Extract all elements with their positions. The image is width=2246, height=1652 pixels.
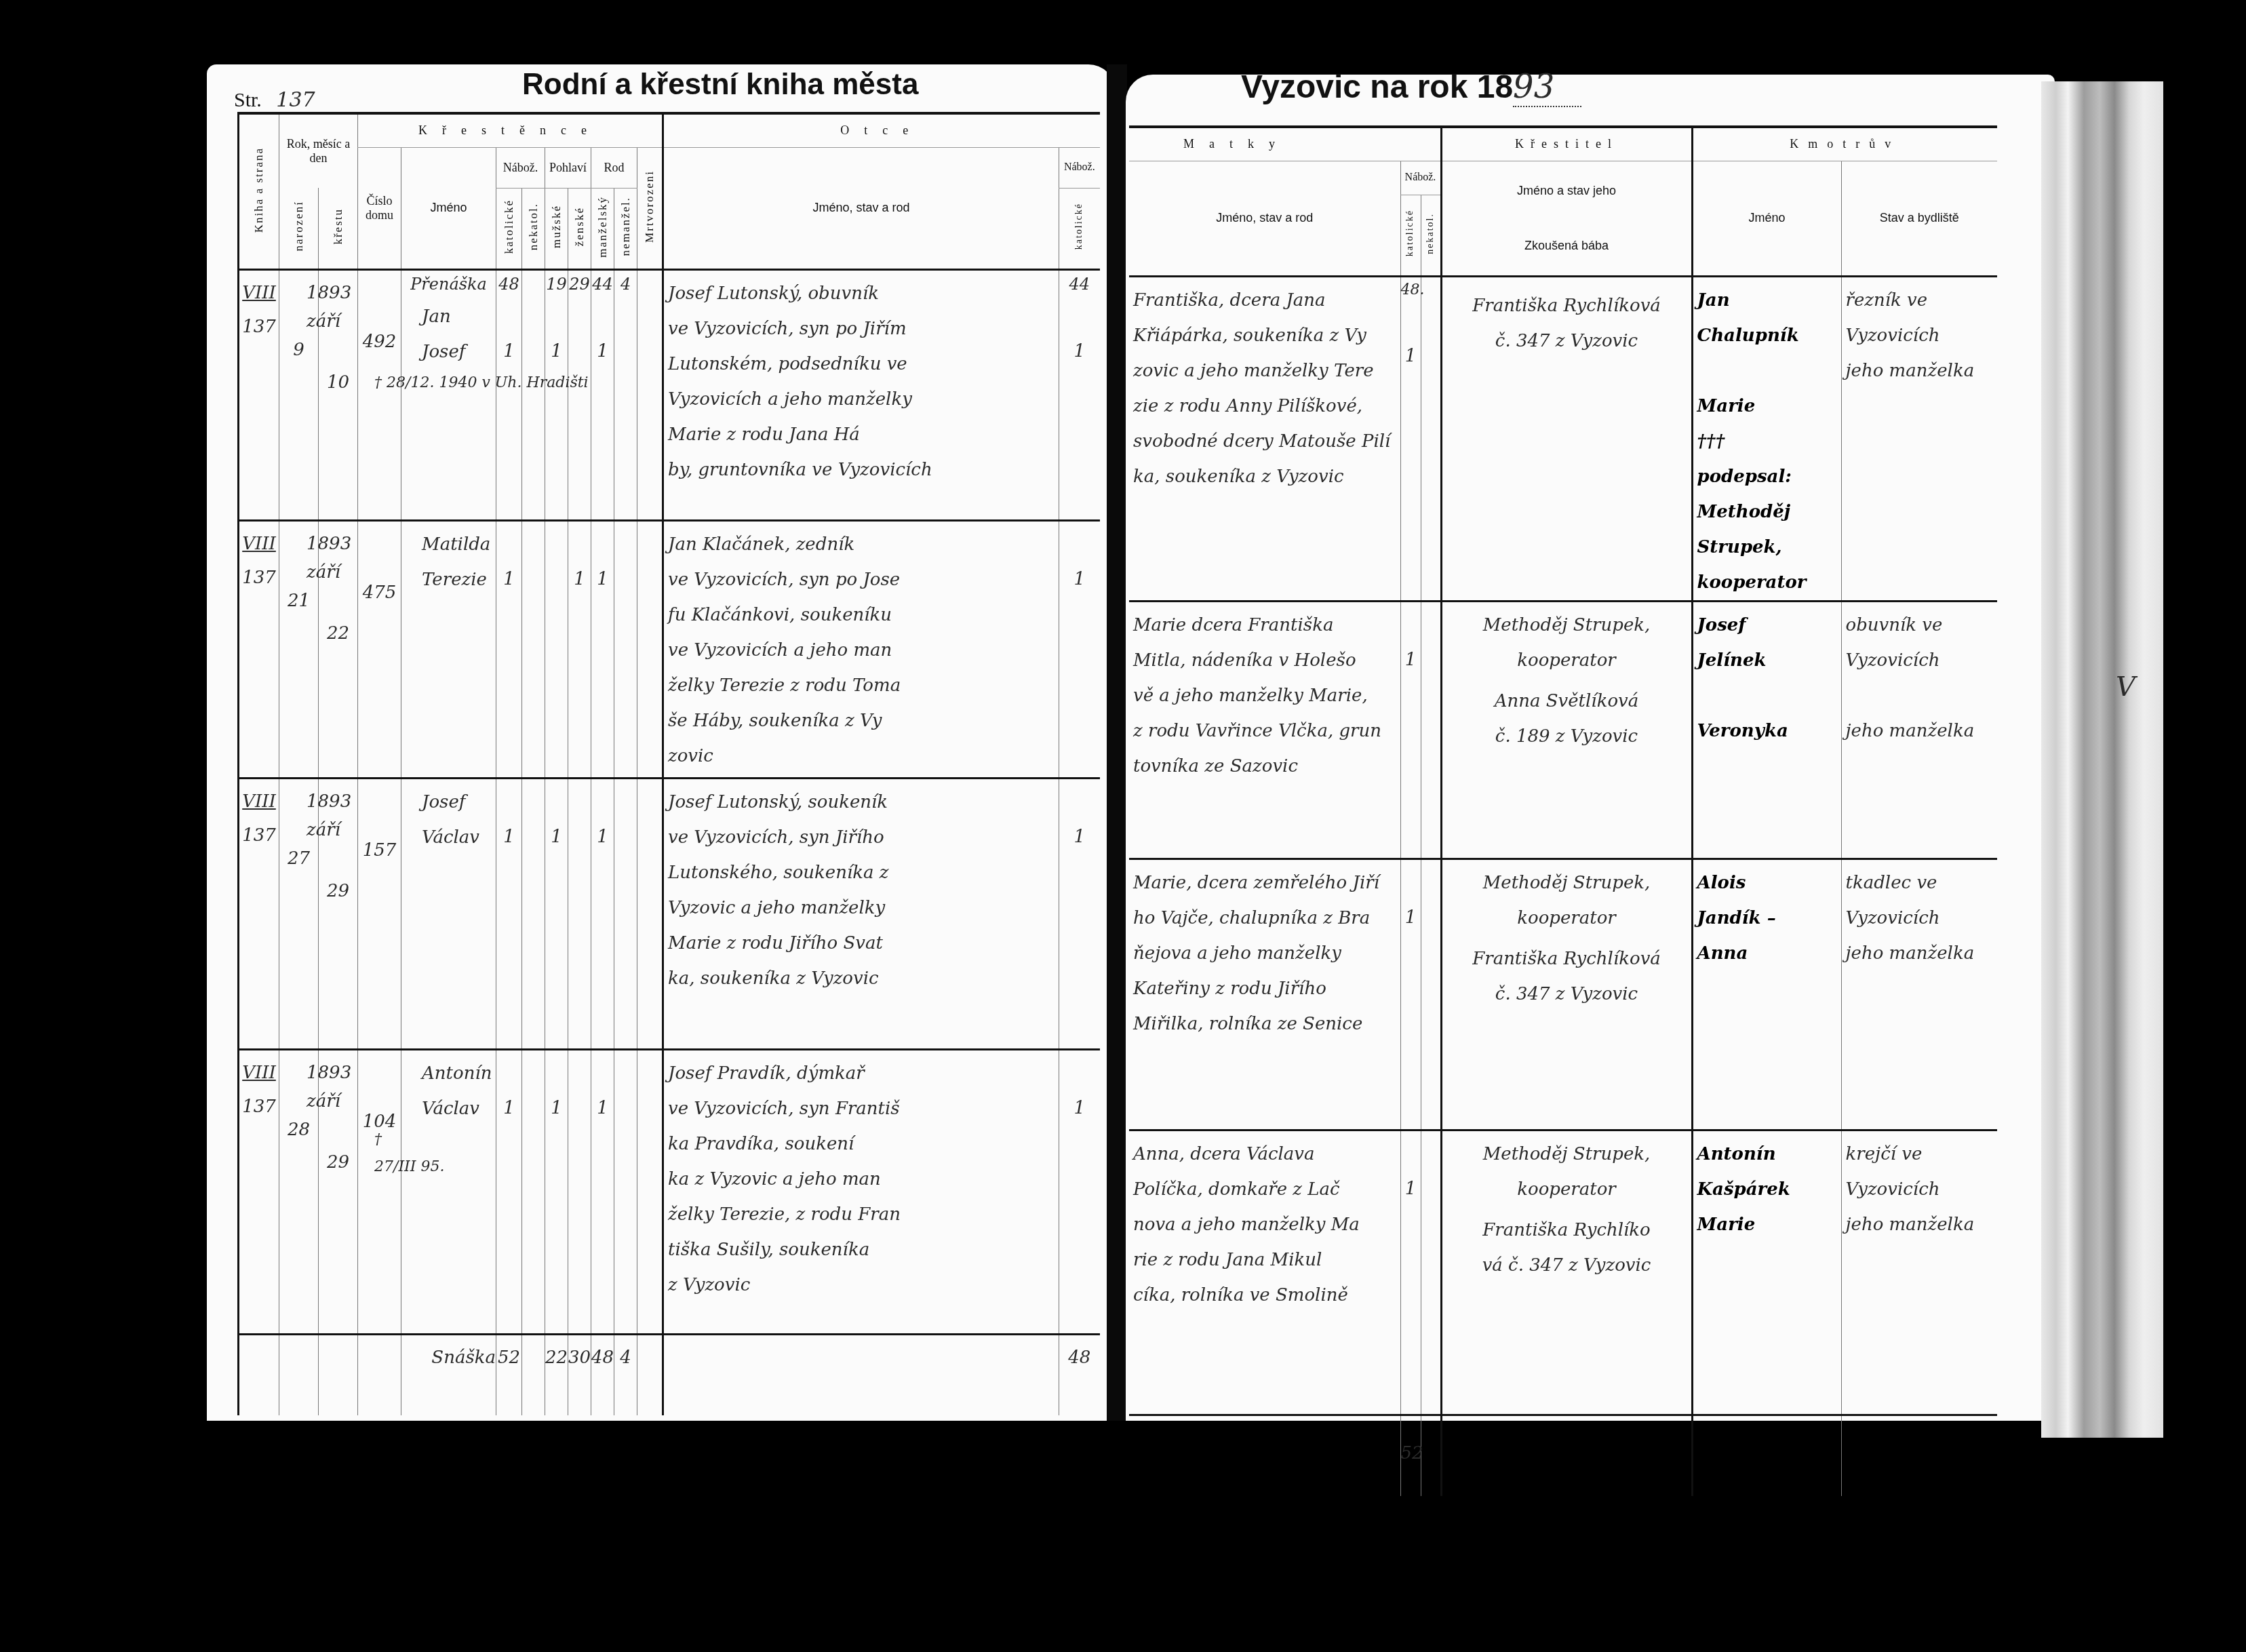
- female-count: [568, 294, 591, 341]
- hdr-godparent-status: Stav a bydliště: [1841, 161, 1997, 276]
- catholic-count: 1: [496, 779, 521, 847]
- baptizer: Methoděj Strupek, kooperator: [1442, 602, 1691, 678]
- hdr-godparents: Kmotrův: [1692, 127, 1997, 161]
- hdr-father-catholic: katolické: [1074, 203, 1085, 250]
- carry-forward-catholic: 48: [496, 275, 521, 294]
- hdr-descent: Rod: [591, 147, 637, 188]
- hdr-house-no: Číslo domu: [358, 147, 401, 269]
- female-count: [568, 779, 591, 827]
- month: září: [307, 562, 318, 583]
- mother-details: Anna, dcera Václava Políčka, domkaře z L…: [1129, 1131, 1400, 1313]
- year: 1893: [307, 534, 318, 554]
- totals-mother-catholic: 52: [1401, 1416, 1421, 1463]
- book-page: VIII137: [239, 271, 279, 337]
- hdr-father: Otce: [663, 113, 1100, 147]
- totals-male: 22: [545, 1335, 568, 1368]
- birth-day: 28: [279, 1120, 318, 1140]
- page-label: Str.: [234, 89, 262, 111]
- hdr-non-catholic: nekatol.: [527, 203, 540, 250]
- totals-catholic: 52: [496, 1335, 521, 1368]
- right-title-year: 93: [1513, 68, 1581, 107]
- mother-details: Marie, dcera zemřelého Jiří ho Vajče, ch…: [1129, 860, 1400, 1042]
- hdr-female: ženské: [573, 207, 587, 246]
- month: září: [307, 311, 318, 332]
- totals-illegitimate: 4: [614, 1335, 637, 1368]
- page-number: 137: [239, 568, 279, 588]
- non-catholic-blank-count: [522, 779, 545, 827]
- mother-catholic-count: 1: [1401, 602, 1421, 670]
- godparent-names: Antonín Kašpárek Marie: [1693, 1131, 1841, 1242]
- book-number: VIII: [239, 534, 279, 554]
- godparent-status: obuvník ve Vyzovicích jeho manželka: [1842, 602, 1998, 749]
- male-count: [545, 522, 568, 569]
- hdr-baptizer-midwife: Jméno a stav jeho Zkoušená bába: [1441, 161, 1692, 276]
- register-right-table: Matky Křestitel Kmotrův Jméno, stav a ro…: [1129, 125, 1997, 1496]
- empty-cell: [319, 1335, 357, 1348]
- baptizer: [1442, 277, 1691, 283]
- father-catholic-count: 1: [1059, 779, 1100, 847]
- hdr-birth: narození: [292, 201, 306, 252]
- male-count: 1: [545, 294, 568, 361]
- year: 1893: [307, 791, 318, 812]
- mother-catholic-count: 1: [1401, 860, 1421, 928]
- empty-cell: [637, 1335, 662, 1348]
- carry-forward-illegitimate: 4: [614, 275, 637, 294]
- book-page: VIII137: [239, 522, 279, 588]
- midwife: Františka Rychlíková č. 347 z Vyzovic: [1442, 936, 1691, 1012]
- hdr-name: Jméno: [401, 147, 496, 269]
- book-number: VIII: [239, 1063, 279, 1083]
- illegitimate-count: [614, 1050, 637, 1098]
- hdr-mother-religion: Nábož.: [1400, 161, 1441, 195]
- child-name: Antonín Václav: [401, 1050, 496, 1126]
- illegitimate-count: [614, 522, 637, 569]
- midwife: Františka Rychlíková č. 347 z Vyzovic: [1442, 283, 1691, 359]
- house-number: 492: [358, 271, 401, 352]
- catholic-count: 1: [496, 1050, 521, 1118]
- hdr-book-page: Kniha a strana: [252, 147, 266, 233]
- empty-cell: [522, 1335, 545, 1348]
- birth-date: 1893září28: [279, 1050, 318, 1140]
- margin-mark: V: [2116, 671, 2135, 703]
- carry-forward-father-catholic: 44: [1059, 275, 1100, 294]
- child-name: Jan Josef: [401, 294, 496, 370]
- book-number: VIII: [239, 283, 279, 303]
- table-row: VIII1371893září2829104Antonín Václav† 27…: [239, 1049, 1100, 1334]
- hdr-baptizer: Křestitel: [1441, 127, 1692, 161]
- birth-date: 1893září27: [279, 779, 318, 869]
- godparent-names: Jan Chalupník Marie ††† podepsal: Method…: [1693, 277, 1841, 600]
- table-row: VIII1371893září2729157Josef Václav111Jos…: [239, 778, 1100, 1049]
- empty-cell: [358, 1335, 401, 1348]
- hdr-father-name: Jméno, stav a rod: [663, 147, 1059, 269]
- table-row: VIII1371893září910492PřenáškaJan Josef† …: [239, 269, 1100, 520]
- stillborn-blank-count: [637, 779, 662, 827]
- mother-catholic-count: 1: [1401, 298, 1421, 366]
- mother-details: Marie dcera Františka Mitla, nádeníka v …: [1129, 602, 1400, 784]
- year: 1893: [307, 1063, 318, 1083]
- hdr-date: Rok, měsíc a den: [279, 113, 358, 188]
- child-name: Josef Václav: [401, 779, 496, 855]
- midwife: Anna Světlíková č. 189 z Vyzovic: [1442, 678, 1691, 754]
- hdr-legitimate: manželský: [596, 196, 610, 258]
- table-row: Marie dcera Františka Mitla, nádeníka v …: [1129, 601, 1997, 859]
- stillborn-blank-count: [637, 522, 662, 569]
- father-catholic-count: 1: [1059, 1050, 1100, 1118]
- table-row: Anna, dcera Václava Políčka, domkaře z L…: [1129, 1130, 1997, 1415]
- mother-catholic-count: 1: [1401, 1131, 1421, 1199]
- hdr-baptism: křestu: [332, 208, 345, 245]
- hdr-mother: Matky: [1129, 127, 1441, 161]
- baptizer: Methoděj Strupek, kooperator: [1442, 860, 1691, 936]
- legitimate-count: 1: [591, 1050, 614, 1118]
- female-count: 1: [568, 522, 591, 589]
- carry-forward-female: 29: [568, 275, 591, 294]
- totals-row: Snáška52223048448: [239, 1334, 1100, 1415]
- totals-legitimate: 48: [591, 1335, 614, 1368]
- hdr-religion: Nábož.: [496, 147, 545, 188]
- father-details: Josef Lutonský, soukeník ve Vyzovicích, …: [664, 779, 1059, 996]
- carry-forward-mother-catholic: 48.: [1401, 281, 1421, 298]
- page-number: 137: [239, 317, 279, 337]
- carry-forward-legitimate: 44: [591, 275, 614, 294]
- hdr-mother-catholic: katolické: [1405, 210, 1416, 256]
- totals-father-catholic: 48: [1059, 1335, 1100, 1368]
- illegitimate-count: [614, 294, 637, 341]
- stillborn-blank-count: [637, 1050, 662, 1098]
- father-details: Josef Pravdík, dýmkař ve Vyzovicích, syn…: [664, 1050, 1059, 1303]
- father-details: Josef Lutonský, obuvník ve Vyzovicích, s…: [664, 271, 1059, 488]
- birth-date: 1893září9: [279, 271, 318, 360]
- non-catholic-blank-count: [522, 271, 545, 318]
- birth-day: 9: [279, 340, 318, 360]
- catholic-count: 1: [496, 294, 521, 361]
- empty-cell: [664, 1335, 1059, 1348]
- godparent-names: Alois Jandík – Anna: [1693, 860, 1841, 971]
- father-catholic-count: 1: [1059, 294, 1100, 361]
- non-catholic-blank-count: [522, 522, 545, 569]
- hdr-illegitimate: nemanžel.: [619, 197, 633, 256]
- house-number: 157: [358, 779, 401, 861]
- catholic-count: 1: [496, 522, 521, 589]
- godparent-names: Josef Jelínek Veronyka: [1693, 602, 1841, 749]
- book-gutter: [1107, 64, 1127, 1421]
- totals-female: 30: [568, 1335, 591, 1368]
- hdr-sex: Pohlaví: [545, 147, 591, 188]
- illegitimate-count: [614, 779, 637, 827]
- godparent-status: krejčí ve Vyzovicích jeho manželka: [1842, 1131, 1998, 1242]
- birth-day: 27: [279, 848, 318, 869]
- empty-cell: [279, 1335, 318, 1348]
- left-title: Rodní a křestní kniha města: [522, 68, 918, 102]
- father-details: Jan Klačánek, zedník ve Vyzovicích, syn …: [664, 522, 1059, 774]
- book-number: VIII: [239, 791, 279, 812]
- baptizer: Methoděj Strupek, kooperator: [1442, 1131, 1691, 1207]
- carry-forward-label: Přenáška: [401, 275, 496, 294]
- birth-date: 1893září21: [279, 522, 318, 611]
- month: září: [307, 820, 318, 840]
- year: 1893: [307, 283, 318, 303]
- page-number: Str. 137: [234, 88, 325, 112]
- book-page: VIII137: [239, 1050, 279, 1117]
- hdr-mother-name: Jméno, stav a rod: [1129, 161, 1400, 276]
- hdr-mother-non-catholic: nekatol.: [1425, 213, 1436, 254]
- child-name: Matilda Terezie: [401, 522, 496, 597]
- table-row: Františka, dcera Jana Křiápárka, soukení…: [1129, 276, 1997, 601]
- hdr-male: mužské: [550, 205, 564, 248]
- table-row: VIII1371893září2122475Matilda Terezie111…: [239, 520, 1100, 778]
- hdr-baptizer-name: Jméno a stav jeho: [1442, 184, 1691, 198]
- child-note: † 28/12. 1940 v Uh. Hradišti: [374, 370, 591, 397]
- month: září: [307, 1091, 318, 1112]
- male-count: 1: [545, 779, 568, 847]
- mother-details: Františka, dcera Jana Křiápárka, soukení…: [1129, 277, 1400, 494]
- book-page: VIII137: [239, 779, 279, 846]
- house-number: 475: [358, 522, 401, 603]
- hdr-catholic: katolické: [503, 199, 516, 254]
- table-row: Marie, dcera zemřelého Jiří ho Vajče, ch…: [1129, 859, 1997, 1130]
- empty-cell: [239, 1335, 279, 1348]
- hdr-baptized: Křestěnce: [358, 113, 663, 147]
- godparent-status: řezník ve Vyzovicích jeho manželka: [1842, 277, 1998, 389]
- right-title: Vyzovic na rok 1893: [1241, 68, 1581, 106]
- carry-forward-male: 19: [545, 275, 568, 294]
- godparent-status: tkadlec ve Vyzovicích jeho manželka: [1842, 860, 1998, 971]
- register-left-table: Kniha a strana Rok, měsíc a den Křestěnc…: [237, 112, 1100, 1415]
- legitimate-count: 1: [591, 779, 614, 847]
- male-count: 1: [545, 1050, 568, 1118]
- hdr-midwife: Zkoušená bába: [1442, 239, 1691, 253]
- totals-label: Snáška: [401, 1335, 496, 1368]
- birth-day: 21: [279, 591, 318, 611]
- hdr-stillborn: Mrtvorozeni: [643, 170, 656, 243]
- page-stack-edge: [2041, 81, 2163, 1438]
- midwife: Františka Rychlíko vá č. 347 z Vyzovic: [1442, 1207, 1691, 1283]
- father-catholic-count: 1: [1059, 522, 1100, 589]
- hdr-godparent-name: Jméno: [1692, 161, 1841, 276]
- page-number: 137: [239, 1097, 279, 1117]
- hdr-father-religion: Nábož.: [1059, 147, 1100, 188]
- house-number: 104: [358, 1050, 401, 1132]
- legitimate-count: 1: [591, 522, 614, 589]
- right-title-prefix: Vyzovic na rok 18: [1241, 69, 1513, 105]
- legitimate-count: 1: [591, 294, 614, 361]
- page-number-value: 137: [267, 88, 324, 113]
- page-number: 137: [239, 825, 279, 846]
- non-catholic-blank-count: [522, 1050, 545, 1098]
- female-count: [568, 1050, 591, 1098]
- totals-row: 52: [1129, 1415, 1997, 1496]
- stillborn-blank-count: [637, 271, 662, 318]
